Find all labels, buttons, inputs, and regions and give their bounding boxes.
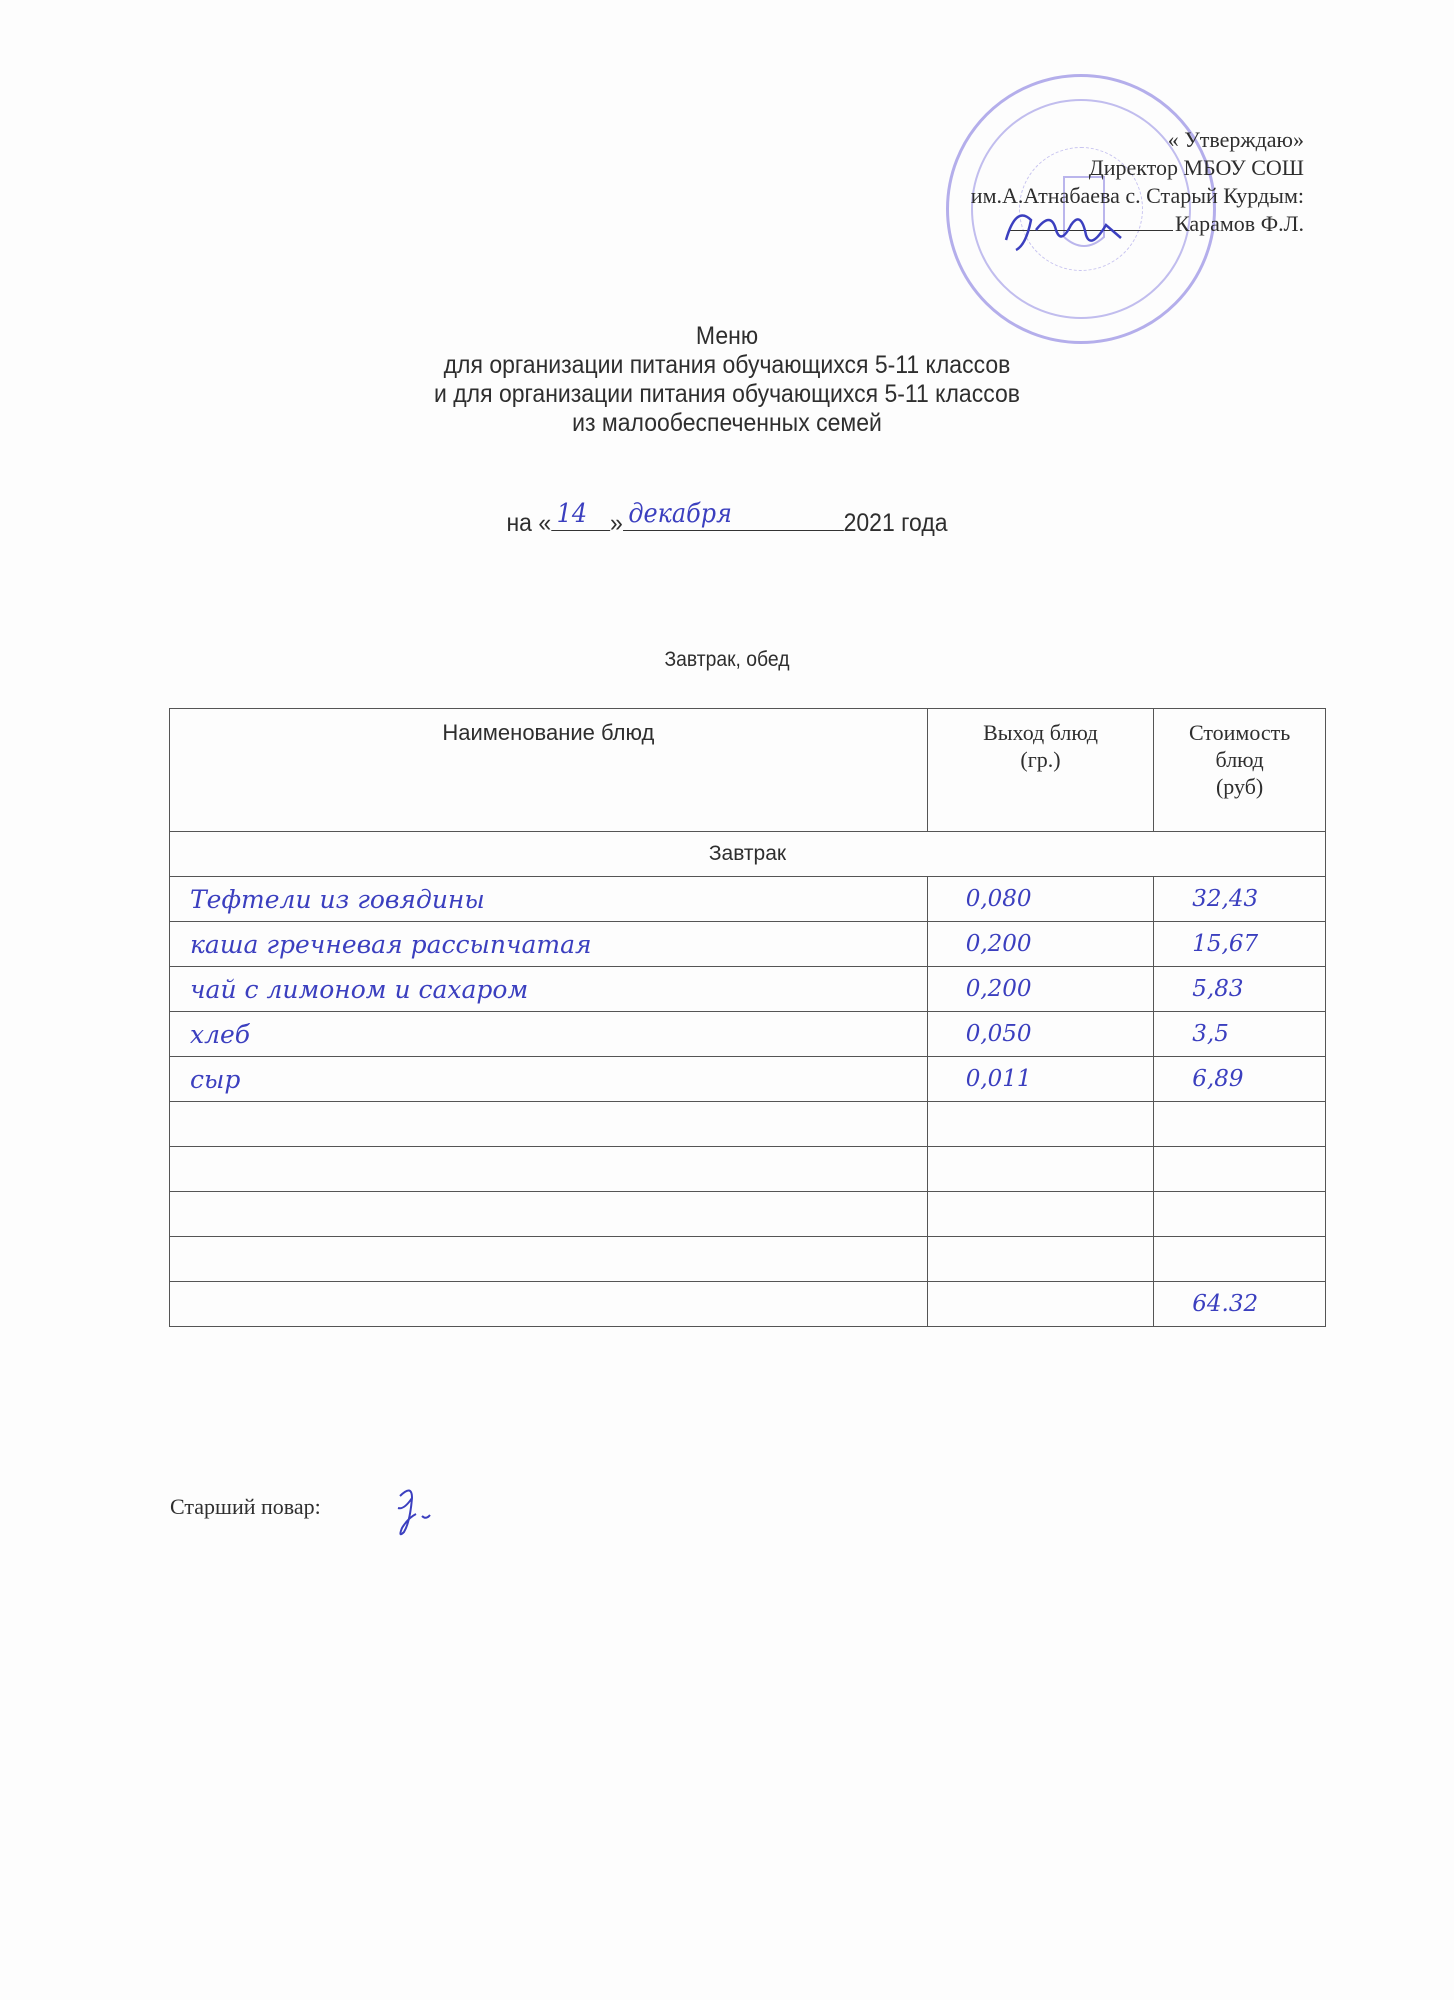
output-cell: 0,080: [927, 877, 1154, 922]
header-output: Выход блюд(гр.): [927, 709, 1154, 832]
dish-name-cell: [170, 1147, 928, 1192]
output-cell: 0,200: [927, 922, 1154, 967]
day-value: 14: [557, 499, 587, 529]
dish-name-cell: [170, 1282, 928, 1327]
output-cell: [927, 1102, 1154, 1147]
table-row: [170, 1192, 1326, 1237]
table-row: [170, 1102, 1326, 1147]
dish-name-cell: Тефтели из говядины: [170, 877, 928, 922]
table-row: [170, 1147, 1326, 1192]
cook-label: Старший повар:: [170, 1494, 321, 1520]
header-price: Стоимостьблюд(руб): [1154, 709, 1326, 832]
director-name: Карамов Ф.Л.: [1175, 211, 1304, 236]
output-cell: [927, 1282, 1154, 1327]
table-header-row: Наименование блюд Выход блюд(гр.) Стоимо…: [170, 709, 1326, 832]
approval-label: « Утверждаю»: [971, 126, 1304, 154]
output-cell: 0,050: [927, 1012, 1154, 1057]
dish-name-cell: каша гречневая рассыпчатая: [170, 922, 928, 967]
title-line-3: и для организации питания обучающихся 5-…: [58, 380, 1396, 409]
table-row: Тефтели из говядины0,08032,43: [170, 877, 1326, 922]
output-cell: [927, 1147, 1154, 1192]
table-total-row: 64.32: [170, 1282, 1326, 1327]
output-cell: 0,011: [927, 1057, 1154, 1102]
meal-heading: Завтрак, обед: [58, 648, 1396, 672]
month-field: декабря: [623, 508, 844, 531]
month-value: декабря: [628, 499, 732, 529]
price-cell: 15,67: [1154, 922, 1326, 967]
section-breakfast: Завтрак: [170, 832, 1326, 877]
output-cell: 0,200: [927, 967, 1154, 1012]
header-dish-name: Наименование блюд: [170, 709, 928, 832]
date-line: на «14»декабря2021 года: [58, 508, 1396, 538]
price-cell: [1154, 1237, 1326, 1282]
title-line-1: Меню: [58, 322, 1396, 351]
approval-position: Директор МБОУ СОШ: [971, 154, 1304, 182]
price-cell: 3,5: [1154, 1012, 1326, 1057]
year-text: 2021 года: [844, 509, 948, 537]
dish-name-cell: хлеб: [170, 1012, 928, 1057]
price-cell: [1154, 1102, 1326, 1147]
dish-name-cell: [170, 1192, 928, 1237]
dish-name-cell: чай с лимоном и сахаром: [170, 967, 928, 1012]
director-signature-icon: [996, 200, 1126, 260]
dish-name-cell: [170, 1102, 928, 1147]
price-cell: [1154, 1147, 1326, 1192]
price-cell: 64.32: [1154, 1282, 1326, 1327]
output-cell: [927, 1192, 1154, 1237]
title-line-4: из малообеспеченных семей: [58, 409, 1396, 438]
price-cell: 6,89: [1154, 1057, 1326, 1102]
title-line-2: для организации питания обучающихся 5-11…: [58, 351, 1396, 380]
table-row: сыр0,0116,89: [170, 1057, 1326, 1102]
table-row: хлеб0,0503,5: [170, 1012, 1326, 1057]
table-row: каша гречневая рассыпчатая0,20015,67: [170, 922, 1326, 967]
menu-table: Наименование блюд Выход блюд(гр.) Стоимо…: [169, 708, 1326, 1327]
cook-signature-icon: [382, 1482, 442, 1542]
price-cell: [1154, 1192, 1326, 1237]
table-row: [170, 1237, 1326, 1282]
output-cell: [927, 1237, 1154, 1282]
day-field: 14: [551, 508, 610, 531]
dish-name-cell: [170, 1237, 928, 1282]
dish-name-cell: сыр: [170, 1057, 928, 1102]
table-row: чай с лимоном и сахаром0,2005,83: [170, 967, 1326, 1012]
price-cell: 32,43: [1154, 877, 1326, 922]
price-cell: 5,83: [1154, 967, 1326, 1012]
document-title: Меню для организации питания обучающихся…: [58, 322, 1396, 438]
